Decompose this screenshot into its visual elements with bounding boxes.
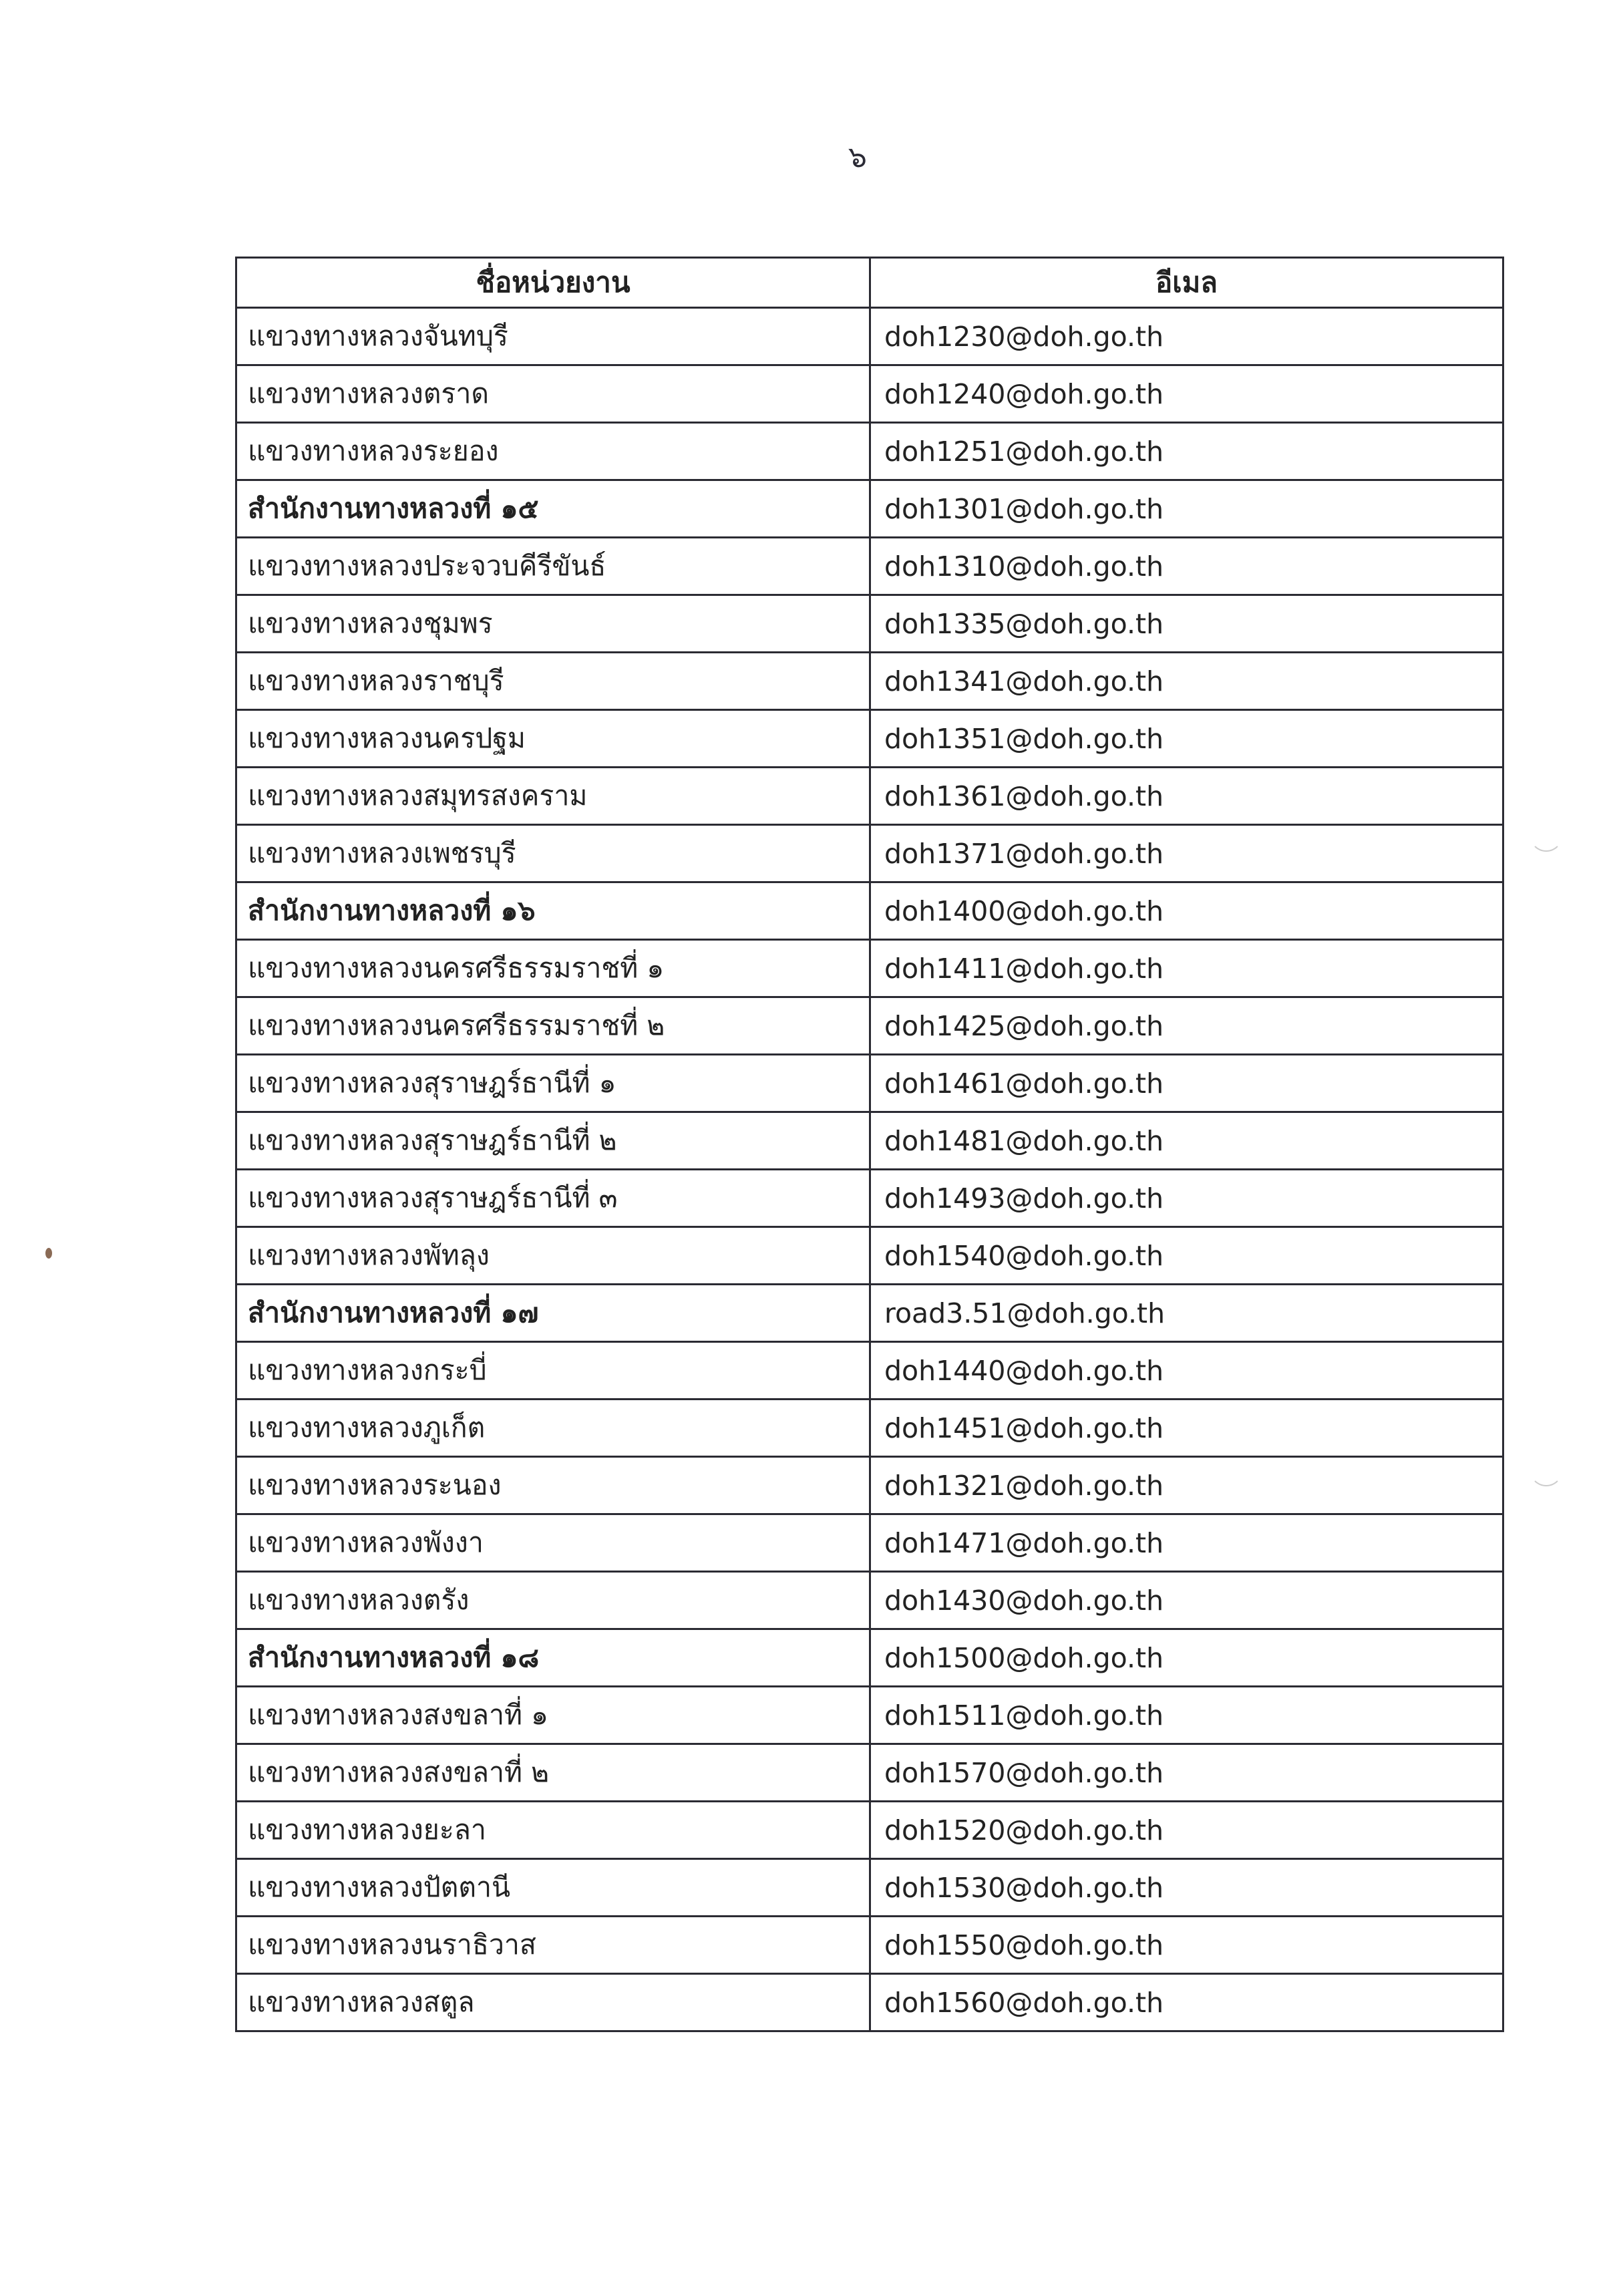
agency-name-cell-office: สำนักงานทางหลวงที่ ๑๖	[236, 882, 870, 940]
table-row: สำนักงานทางหลวงที่ ๑๘doh1500@doh.go.th	[236, 1629, 1503, 1687]
email-cell: doh1481@doh.go.th	[870, 1112, 1503, 1170]
email-cell: doh1471@doh.go.th	[870, 1514, 1503, 1572]
table-row: แขวงทางหลวงสุราษฎร์ธานีที่ ๓doh1493@doh.…	[236, 1170, 1503, 1227]
table-body: แขวงทางหลวงจันทบุรีdoh1230@doh.go.thแขวง…	[236, 308, 1503, 2031]
email-cell: doh1560@doh.go.th	[870, 1974, 1503, 2031]
agency-name-cell-office: สำนักงานทางหลวงที่ ๑๘	[236, 1629, 870, 1687]
email-cell: doh1335@doh.go.th	[870, 595, 1503, 653]
email-cell: doh1511@doh.go.th	[870, 1687, 1503, 1744]
agency-name-cell: แขวงทางหลวงสุราษฎร์ธานีที่ ๒	[236, 1112, 870, 1170]
agency-name-cell: แขวงทางหลวงเพชรบุรี	[236, 825, 870, 882]
email-cell: doh1230@doh.go.th	[870, 308, 1503, 365]
table-row: แขวงทางหลวงนครศรีธรรมราชที่ ๒doh1425@doh…	[236, 997, 1503, 1055]
email-cell: doh1430@doh.go.th	[870, 1572, 1503, 1629]
agency-name-cell: แขวงทางหลวงนครปฐม	[236, 710, 870, 768]
email-cell: doh1351@doh.go.th	[870, 710, 1503, 768]
agency-name-cell-office: สำนักงานทางหลวงที่ ๑๕	[236, 480, 870, 538]
table-row: แขวงทางหลวงภูเก็ตdoh1451@doh.go.th	[236, 1400, 1503, 1457]
agency-name-cell: แขวงทางหลวงระนอง	[236, 1457, 870, 1514]
table-row: สำนักงานทางหลวงที่ ๑๕doh1301@doh.go.th	[236, 480, 1503, 538]
agency-name-cell: แขวงทางหลวงชุมพร	[236, 595, 870, 653]
table-row: แขวงทางหลวงสงขลาที่ ๒doh1570@doh.go.th	[236, 1744, 1503, 1802]
email-cell: doh1451@doh.go.th	[870, 1400, 1503, 1457]
email-cell: doh1361@doh.go.th	[870, 768, 1503, 825]
agency-name-cell: แขวงทางหลวงนครศรีธรรมราชที่ ๑	[236, 940, 870, 997]
agency-name-cell: แขวงทางหลวงนครศรีธรรมราชที่ ๒	[236, 997, 870, 1055]
table-row: แขวงทางหลวงยะลาdoh1520@doh.go.th	[236, 1802, 1503, 1859]
table-row: แขวงทางหลวงสมุทรสงครามdoh1361@doh.go.th	[236, 768, 1503, 825]
table-row: แขวงทางหลวงสุราษฎร์ธานีที่ ๑doh1461@doh.…	[236, 1055, 1503, 1112]
table-row: แขวงทางหลวงตราดdoh1240@doh.go.th	[236, 365, 1503, 423]
scan-speck	[45, 1248, 52, 1259]
scan-speck	[1530, 1453, 1563, 1486]
table-row: สำนักงานทางหลวงที่ ๑๖doh1400@doh.go.th	[236, 882, 1503, 940]
table-row: แขวงทางหลวงเพชรบุรีdoh1371@doh.go.th	[236, 825, 1503, 882]
table-row: แขวงทางหลวงระนองdoh1321@doh.go.th	[236, 1457, 1503, 1514]
table-row: แขวงทางหลวงปัตตานีdoh1530@doh.go.th	[236, 1859, 1503, 1917]
agency-name-cell-office: สำนักงานทางหลวงที่ ๑๗	[236, 1285, 870, 1342]
table-row: แขวงทางหลวงพังงาdoh1471@doh.go.th	[236, 1514, 1503, 1572]
column-header-email: อีเมล	[870, 258, 1503, 308]
email-cell: doh1341@doh.go.th	[870, 653, 1503, 710]
table-row: แขวงทางหลวงชุมพรdoh1335@doh.go.th	[236, 595, 1503, 653]
table-row: แขวงทางหลวงตรังdoh1430@doh.go.th	[236, 1572, 1503, 1629]
agency-name-cell: แขวงทางหลวงภูเก็ต	[236, 1400, 870, 1457]
page-number: ๖	[848, 134, 867, 180]
agency-name-cell: แขวงทางหลวงระยอง	[236, 423, 870, 480]
table-row: แขวงทางหลวงนครศรีธรรมราชที่ ๑doh1411@doh…	[236, 940, 1503, 997]
email-cell: doh1520@doh.go.th	[870, 1802, 1503, 1859]
email-cell: doh1301@doh.go.th	[870, 480, 1503, 538]
email-cell: doh1570@doh.go.th	[870, 1744, 1503, 1802]
email-cell: doh1461@doh.go.th	[870, 1055, 1503, 1112]
table-row: แขวงทางหลวงนครปฐมdoh1351@doh.go.th	[236, 710, 1503, 768]
email-cell: doh1371@doh.go.th	[870, 825, 1503, 882]
email-cell: doh1550@doh.go.th	[870, 1917, 1503, 1974]
agency-name-cell: แขวงทางหลวงตราด	[236, 365, 870, 423]
table-row: แขวงทางหลวงสตูลdoh1560@doh.go.th	[236, 1974, 1503, 2031]
email-cell: doh1493@doh.go.th	[870, 1170, 1503, 1227]
table-row: แขวงทางหลวงสุราษฎร์ธานีที่ ๒doh1481@doh.…	[236, 1112, 1503, 1170]
email-cell: doh1251@doh.go.th	[870, 423, 1503, 480]
agency-name-cell: แขวงทางหลวงยะลา	[236, 1802, 870, 1859]
table-row: แขวงทางหลวงประจวบคีรีขันธ์doh1310@doh.go…	[236, 538, 1503, 595]
agency-name-cell: แขวงทางหลวงกระบี่	[236, 1342, 870, 1400]
email-cell: doh1530@doh.go.th	[870, 1859, 1503, 1917]
table-row: แขวงทางหลวงนราธิวาสdoh1550@doh.go.th	[236, 1917, 1503, 1974]
email-cell: doh1540@doh.go.th	[870, 1227, 1503, 1285]
agency-name-cell: แขวงทางหลวงประจวบคีรีขันธ์	[236, 538, 870, 595]
table-row: แขวงทางหลวงพัทลุงdoh1540@doh.go.th	[236, 1227, 1503, 1285]
email-cell: doh1411@doh.go.th	[870, 940, 1503, 997]
agency-name-cell: แขวงทางหลวงพังงา	[236, 1514, 870, 1572]
agency-name-cell: แขวงทางหลวงสตูล	[236, 1974, 870, 2031]
email-cell: doh1500@doh.go.th	[870, 1629, 1503, 1687]
scan-speck	[1530, 818, 1563, 852]
table-row: แขวงทางหลวงจันทบุรีdoh1230@doh.go.th	[236, 308, 1503, 365]
agency-name-cell: แขวงทางหลวงจันทบุรี	[236, 308, 870, 365]
email-cell: doh1440@doh.go.th	[870, 1342, 1503, 1400]
agency-name-cell: แขวงทางหลวงสุราษฎร์ธานีที่ ๓	[236, 1170, 870, 1227]
agency-name-cell: แขวงทางหลวงสงขลาที่ ๒	[236, 1744, 870, 1802]
agency-name-cell: แขวงทางหลวงสงขลาที่ ๑	[236, 1687, 870, 1744]
column-header-agency-name: ชื่อหน่วยงาน	[236, 258, 870, 308]
agency-name-cell: แขวงทางหลวงพัทลุง	[236, 1227, 870, 1285]
email-cell: doh1240@doh.go.th	[870, 365, 1503, 423]
agency-name-cell: แขวงทางหลวงตรัง	[236, 1572, 870, 1629]
table-row: แขวงทางหลวงระยองdoh1251@doh.go.th	[236, 423, 1503, 480]
agency-email-table: ชื่อหน่วยงาน อีเมล แขวงทางหลวงจันทบุรีdo…	[235, 257, 1504, 2032]
email-cell: doh1400@doh.go.th	[870, 882, 1503, 940]
table-row: แขวงทางหลวงกระบี่doh1440@doh.go.th	[236, 1342, 1503, 1400]
email-cell: road3.51@doh.go.th	[870, 1285, 1503, 1342]
agency-name-cell: แขวงทางหลวงสุราษฎร์ธานีที่ ๑	[236, 1055, 870, 1112]
agency-name-cell: แขวงทางหลวงปัตตานี	[236, 1859, 870, 1917]
table-row: แขวงทางหลวงราชบุรีdoh1341@doh.go.th	[236, 653, 1503, 710]
agency-name-cell: แขวงทางหลวงนราธิวาส	[236, 1917, 870, 1974]
table-header-row: ชื่อหน่วยงาน อีเมล	[236, 258, 1503, 308]
table-row: แขวงทางหลวงสงขลาที่ ๑doh1511@doh.go.th	[236, 1687, 1503, 1744]
agency-name-cell: แขวงทางหลวงสมุทรสงคราม	[236, 768, 870, 825]
agency-name-cell: แขวงทางหลวงราชบุรี	[236, 653, 870, 710]
email-cell: doh1321@doh.go.th	[870, 1457, 1503, 1514]
email-cell: doh1310@doh.go.th	[870, 538, 1503, 595]
email-cell: doh1425@doh.go.th	[870, 997, 1503, 1055]
table-row: สำนักงานทางหลวงที่ ๑๗road3.51@doh.go.th	[236, 1285, 1503, 1342]
